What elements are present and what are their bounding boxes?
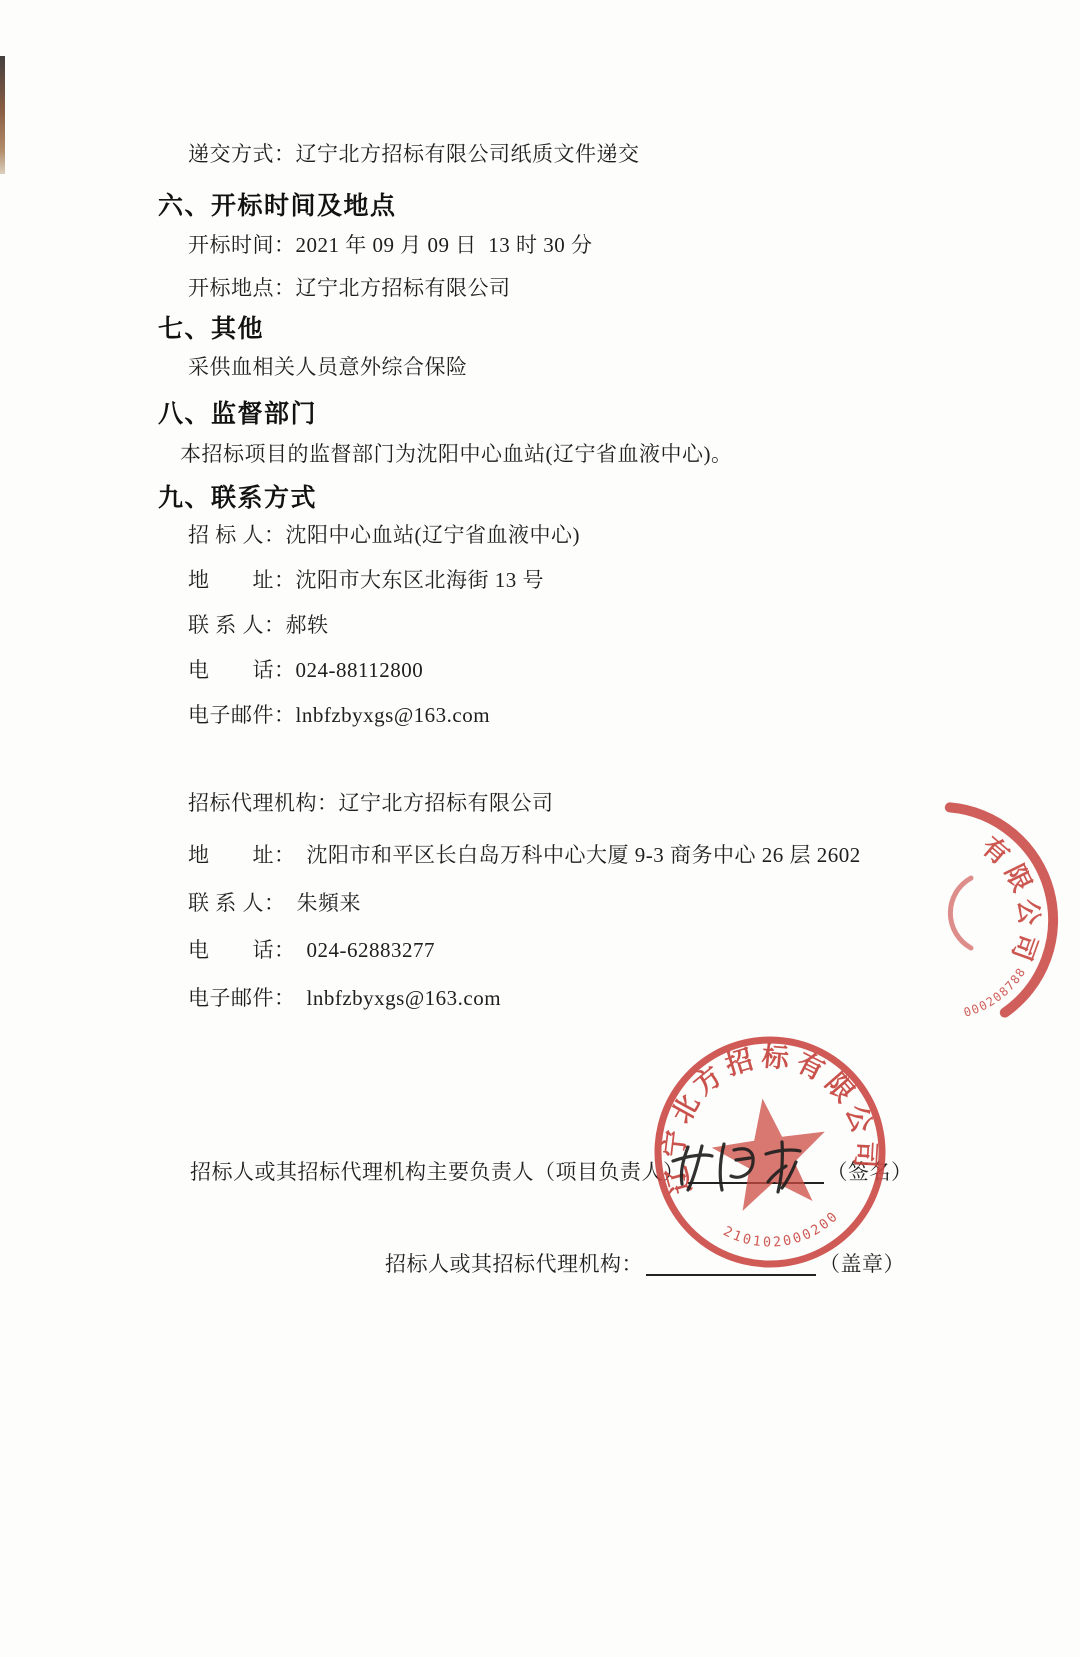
tenderer-contact-line: 联 系 人：郝轶 bbox=[188, 612, 329, 639]
section-8-heading: 八、监督部门 bbox=[158, 394, 317, 430]
document-page: 递交方式：辽宁北方招标有限公司纸质文件递交 六、开标时间及地点 开标时间：202… bbox=[0, 0, 1080, 1657]
tenderer-address-line: 地 址：沈阳市大东区北海街 13 号 bbox=[188, 567, 544, 594]
partial-seal-company-text: 有限公司 bbox=[975, 831, 1043, 969]
signature-stroke bbox=[766, 1150, 800, 1154]
round-seal-star-icon bbox=[706, 1091, 834, 1214]
agency-email-line: 电子邮件： lnbfzbyxgs@163.com bbox=[188, 985, 501, 1012]
signature-hint-label: （签名） bbox=[827, 1159, 913, 1186]
round-seal-ring bbox=[644, 1026, 897, 1279]
section-6-heading: 六、开标时间及地点 bbox=[158, 186, 397, 222]
round-company-seal: 辽宁北方招标有限公司 210102000200 bbox=[644, 1026, 897, 1279]
section-9-heading: 九、联系方式 bbox=[158, 478, 317, 514]
bid-opening-place-line: 开标地点：辽宁北方招标有限公司 bbox=[188, 275, 511, 302]
section-7-body-line: 采供血相关人员意外综合保险 bbox=[188, 354, 468, 381]
agency-address-line: 地 址： 沈阳市和平区长白岛万科中心大厦 9-3 商务中心 26 层 2602 bbox=[188, 842, 861, 869]
scan-edge-artifact bbox=[0, 56, 5, 174]
section-8-body-line: 本招标项目的监督部门为沈阳中心血站(辽宁省血液中心)。 bbox=[180, 441, 732, 468]
tenderer-name-line: 招 标 人：沈阳中心血站(辽宁省血液中心) bbox=[188, 522, 580, 549]
signature-blank-line bbox=[688, 1158, 824, 1184]
principal-signature-row: 招标人或其招标代理机构主要负责人（项目负责人） （签名） bbox=[190, 1158, 913, 1186]
seal-blank-line bbox=[646, 1250, 816, 1276]
seal-hint-label: （盖章） bbox=[819, 1251, 905, 1278]
agency-phone-line: 电 话： 024-62883277 bbox=[188, 937, 435, 964]
principal-signature-label: 招标人或其招标代理机构主要负责人（项目负责人） bbox=[190, 1159, 685, 1186]
partial-company-seal: 有限公司 000208788 bbox=[950, 807, 1053, 1019]
tenderer-phone-line: 电 话：024-88112800 bbox=[188, 657, 423, 684]
bid-opening-time-line: 开标时间：2021 年 09 月 09 日 13 时 30 分 bbox=[188, 232, 593, 259]
delivery-method-line: 递交方式：辽宁北方招标有限公司纸质文件递交 bbox=[188, 141, 640, 168]
partial-seal-star-fragment-icon bbox=[950, 878, 971, 948]
agency-contact-line: 联 系 人： 朱頻来 bbox=[188, 890, 361, 917]
svg-text:有限公司: 有限公司 bbox=[975, 831, 1043, 969]
partial-seal-serial-text: 000208788 bbox=[962, 965, 1029, 1020]
agency-name-line: 招标代理机构：辽宁北方招标有限公司 bbox=[188, 790, 554, 817]
partial-seal-ring bbox=[950, 807, 1053, 1012]
svg-text:000208788: 000208788 bbox=[962, 965, 1029, 1020]
tenderer-email-line: 电子邮件：lnbfzbyxgs@163.com bbox=[188, 702, 490, 729]
org-seal-row: 招标人或其招标代理机构： （盖章） bbox=[385, 1250, 905, 1278]
org-seal-label: 招标人或其招标代理机构： bbox=[385, 1251, 643, 1278]
section-7-heading: 七、其他 bbox=[158, 309, 264, 345]
